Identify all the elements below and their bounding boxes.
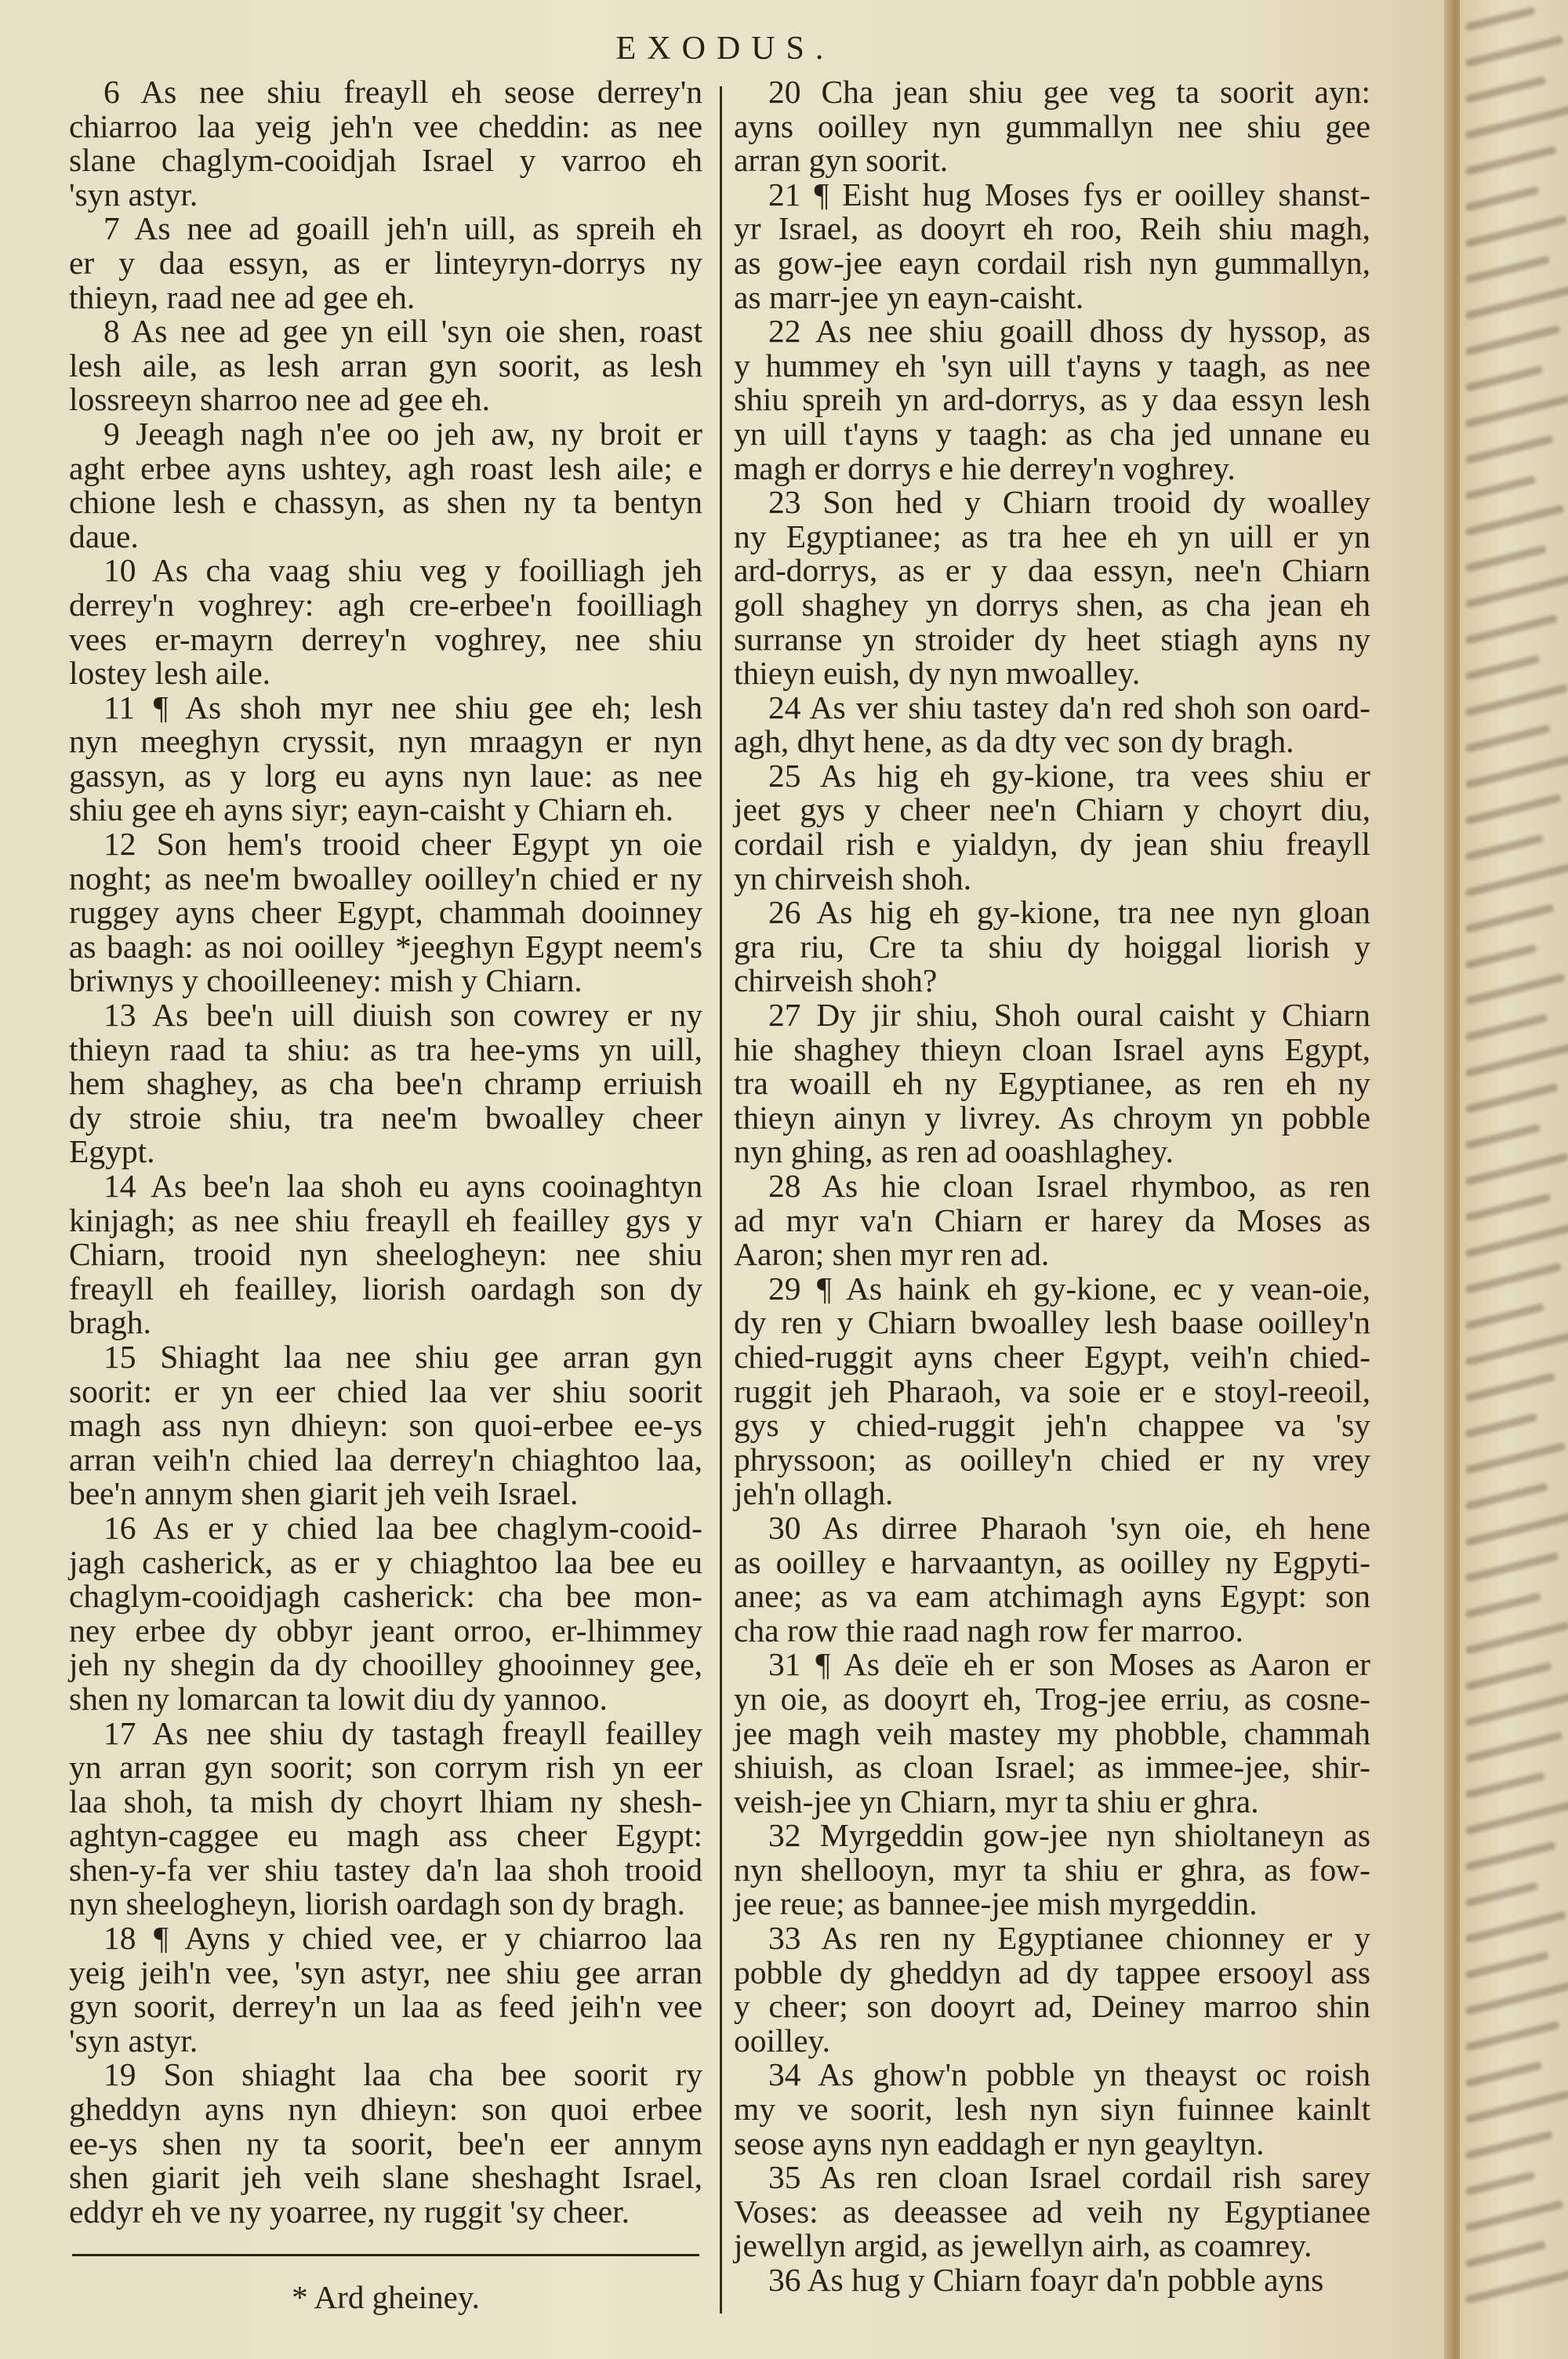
verse-line: shiu spreih yn ard-dorrys, as y daa essy… <box>734 383 1370 417</box>
facing-page-text-smudge <box>1465 725 1551 753</box>
verse-30: 30 As dirree Pharaoh 'syn oie, eh heneas… <box>734 1511 1370 1648</box>
facing-page-text-smudge <box>1465 1124 1541 1150</box>
facing-page-text-smudge <box>1465 504 1565 536</box>
verse-line: 11 ¶ As shoh myr nee shiu gee eh; lesh <box>69 691 702 725</box>
verse-line: ard-dorrys, as er y daa essyn, nee'n Chi… <box>734 554 1370 588</box>
verse-line: nyn ghing, as ren ad ooashlaghey. <box>734 1135 1370 1169</box>
verse-line: shen-y-fa ver shiu tastey da'n laa shoh … <box>69 1853 702 1888</box>
facing-page-text-smudge <box>1465 944 1537 969</box>
verse-22: 22 As nee shiu goaill dhoss dy hyssop, a… <box>734 314 1370 485</box>
facing-page-text-smudge <box>1465 614 1558 644</box>
verse-line: Aaron; shen myr ren ad. <box>734 1238 1370 1272</box>
verse-line: noght; as nee'm bwoalley ooilley'n chied… <box>69 862 702 896</box>
verse-line: 15 Shiaght laa nee shiu gee arran gyn <box>69 1340 702 1375</box>
facing-page-text-smudge <box>1465 1552 1559 1583</box>
verse-line: shiu gee eh ayns siyr; eayn-caisht y Chi… <box>69 793 702 827</box>
verse-24: 24 As ver shiu tastey da'n red shoh son … <box>734 691 1370 759</box>
footnote-rule <box>72 2254 699 2256</box>
verse-8: 8 As nee ad gee yn eill 'syn oie shen, r… <box>69 314 702 417</box>
facing-page-text-smudge <box>1465 6 1536 31</box>
verse-31: 31 ¶ As deïe eh er son Moses as Aaron er… <box>734 1648 1370 1819</box>
verse-line: soorit: er yn eer chied laa ver shiu soo… <box>69 1375 702 1409</box>
facing-page-text-smudge <box>1465 1413 1538 1438</box>
facing-page-text-smudge <box>1465 1732 1563 1763</box>
verse-line: gassyn, as y lorg eu ayns nyn laue: as n… <box>69 759 702 794</box>
verse-line: 26 As hig eh gy-kione, tra nee nyn gloan <box>734 896 1370 930</box>
verse-35: 35 As ren cloan Israel cordail rish sare… <box>734 2161 1370 2263</box>
verse-13: 13 As bee'n uill diuish son cowrey er ny… <box>69 998 702 1169</box>
verse-line: chione lesh e chassyn, as shen ny ta ben… <box>69 485 702 520</box>
verse-23: 23 Son hed y Chiarn trooid dy woalleyny … <box>734 485 1370 691</box>
facing-page-text-smudge <box>1465 256 1550 284</box>
verse-19: 19 Son shiaght laa cha bee soorit ryghed… <box>69 2058 702 2229</box>
verse-line: jee magh veih mastey my phobble, chammah <box>734 1717 1370 1751</box>
verse-line: 34 As ghow'n pobble yn theayst oc roish <box>734 2058 1370 2092</box>
verse-line: lesh aile, as lesh arran gyn soorit, as … <box>69 349 702 383</box>
verse-line: jeh ny shegin da dy chooilley ghooinney … <box>69 1648 702 1682</box>
verse-line: as baagh: as noi ooilley *jeeghyn Egypt … <box>69 930 702 965</box>
verse-line: 19 Son shiaght laa cha bee soorit ry <box>69 2058 702 2092</box>
verse-line: chaglym-cooidjagh casherick: cha bee mon… <box>69 1579 702 1614</box>
verse-line: ruggey ayns cheer Egypt, chammah dooinne… <box>69 896 702 930</box>
verse-line: kinjagh; as nee shiu freayll eh feailley… <box>69 1204 702 1238</box>
verse-line: chiarroo laa yeig jeh'n vee cheddin: as … <box>69 110 702 144</box>
verse-line: nyn meeghyn cryssit, nyn mraagyn er nyn <box>69 725 702 759</box>
facing-page-text-smudge <box>1465 903 1555 933</box>
verse-line: nyn sheelogheyn, liorish oardagh son dy … <box>69 1887 702 1921</box>
verse-line: nyn shellooyn, myr ta shiu er ghra, as f… <box>734 1853 1370 1888</box>
verse-line: as marr-jee yn eayn-caisht. <box>734 281 1370 315</box>
verse-line: jewellyn argid, as jewellyn airh, as coa… <box>734 2229 1370 2263</box>
facing-page-text-smudge <box>1465 1222 1568 1258</box>
verse-line: aght erbee ayns ushtey, agh roast lesh a… <box>69 452 702 486</box>
verse-line: 10 As cha vaag shiu veg y fooilliagh jeh <box>69 554 702 588</box>
verse-line: 27 Dy jir shiu, Shoh oural caisht y Chia… <box>734 998 1370 1033</box>
verse-line: y cheer; son dooyrt ad, Deiney marroo sh… <box>734 1990 1370 2024</box>
verse-line: y hummey eh 'syn uill t'ayns y taagh, as… <box>734 349 1370 383</box>
verse-line: magh er dorrys e hie derrey'n voghrey. <box>734 452 1370 486</box>
verse-line: thieyn euish, dy nyn mwoalley. <box>734 656 1370 691</box>
verse-line: 14 As bee'n laa shoh eu ayns cooinaghtyn <box>69 1169 702 1204</box>
facing-page-text-smudge <box>1465 1193 1552 1222</box>
verse-line: 22 As nee shiu goaill dhoss dy hyssop, a… <box>734 314 1370 349</box>
verse-line: hie shaghey thieyn cloan Israel ayns Egy… <box>734 1033 1370 1067</box>
verse-line: anee; as va eam atchimagh ayns Egypt: so… <box>734 1579 1370 1614</box>
verse-line: 12 Son hem's trooid cheer Egypt yn oie <box>69 827 702 862</box>
facing-page-text-smudge <box>1465 76 1546 104</box>
facing-page-text-smudge <box>1465 1083 1559 1114</box>
verse-25: 25 As hig eh gy-kione, tra vees shiu erj… <box>734 759 1370 896</box>
verse-line: ayns ooilley nyn gummallyn nee shiu gee <box>734 110 1370 144</box>
facing-page-text-smudge <box>1465 365 1543 392</box>
verse-11: 11 ¶ As shoh myr nee shiu gee eh; leshny… <box>69 691 702 827</box>
verse-line: shen ny lomarcan ta lowit diu dy yannoo. <box>69 1682 702 1717</box>
left-column: 6 As nee shiu freayll eh seose derrey'nc… <box>69 75 702 2229</box>
facing-page-text-smudge <box>1465 285 1568 320</box>
facing-page-text-smudge <box>1465 1263 1563 1294</box>
verse-line: 8 As nee ad gee yn eill 'syn oie shen, r… <box>69 314 702 349</box>
verse-line: 18 ¶ Ayns y chied vee, er y chiarroo laa <box>69 1921 702 1956</box>
verse-line: 'syn astyr. <box>69 2024 702 2059</box>
verse-17: 17 As nee shiu dy tastagh freayll feaill… <box>69 1717 702 1922</box>
facing-page-text-smudge <box>1465 1881 1539 1906</box>
facing-page-text-smudge <box>1465 834 1544 861</box>
facing-page-text-smudge <box>1465 655 1541 681</box>
verse-line: ruggit jeh Pharaoh, va soie er e stoyl-r… <box>734 1375 1370 1409</box>
verse-line: er y daa essyn, as er linteyryn-dorrys n… <box>69 246 702 281</box>
verse-line: 20 Cha jean shiu gee veg ta soorit ayn: <box>734 75 1370 110</box>
verse-line: 13 As bee'n uill diuish son cowrey er ny <box>69 998 702 1033</box>
verse-line: 33 As ren ny Egyptianee chionney er y <box>734 1921 1370 1956</box>
verse-line: yn oie, as dooyrt eh, Trog-jee erriu, as… <box>734 1682 1370 1717</box>
verse-line: chied-ruggit ayns cheer Egypt, veih'n ch… <box>734 1340 1370 1375</box>
verse-line: arran veih'n chied laa derrey'n chiaghto… <box>69 1443 702 1478</box>
facing-page-text-smudge <box>1465 545 1547 572</box>
verse-line: bee'n annym shen giarit jeh veih Israel. <box>69 1477 702 1511</box>
verse-line: jeh'n ollagh. <box>734 1477 1370 1511</box>
facing-page-text-smudge <box>1465 1372 1555 1402</box>
verse-32: 32 Myrgeddin gow-jee nyn shioltaneyn asn… <box>734 1819 1370 1921</box>
verse-14: 14 As bee'n laa shoh eu ayns cooinaghtyn… <box>69 1169 702 1340</box>
facing-page-text-smudge <box>1465 973 1566 1005</box>
verse-line: gra riu, Cre ta shiu dy hoiggal liorish … <box>734 930 1370 965</box>
verse-line: ad myr va'n Chiarn er harey da Moses as <box>734 1204 1370 1238</box>
verse-line: yn chirveish shoh. <box>734 862 1370 896</box>
facing-page-text-smudge <box>1465 1772 1545 1799</box>
verse-line: dy ren y Chiarn bwoalley lesh baase ooil… <box>734 1306 1370 1340</box>
verse-line: yn uill t'ayns y taagh: as cha jed unnan… <box>734 417 1370 452</box>
verse-line: freayll eh feailley, liorish oardagh son… <box>69 1272 702 1307</box>
verse-line: lossreeyn sharroo nee ad gee eh. <box>69 383 702 417</box>
verse-line: 7 As nee ad goaill jeh'n uill, as spreih… <box>69 212 702 246</box>
verse-line: 17 As nee shiu dy tastagh freayll feaill… <box>69 1717 702 1751</box>
facing-page-text-smudge <box>1465 2061 1542 2088</box>
facing-page-text-smudge <box>1465 1511 1568 1547</box>
facing-page-text-smudge <box>1465 574 1568 609</box>
facing-page-text-smudge <box>1465 754 1568 789</box>
verse-line: yn arran gyn soorit; son corrym rish yn … <box>69 1750 702 1785</box>
verse-line: jeet gys y cheer nee'n Chiarn y choyrt d… <box>734 793 1370 827</box>
verse-line: gys y chied-ruggit jeh'n chappee va 'sy <box>734 1408 1370 1443</box>
verse-line: chirveish shoh? <box>734 964 1370 998</box>
verse-12: 12 Son hem's trooid cheer Egypt yn oieno… <box>69 827 702 998</box>
facing-page-text-smudge <box>1465 1014 1548 1041</box>
verse-line: thieyn raad ta shiu: as tra hee-yms yn u… <box>69 1033 702 1067</box>
facing-page-text-smudge <box>1465 2131 1553 2160</box>
verse-line: my ve soorit, lesh nyn siyn fuinnee kain… <box>734 2092 1370 2127</box>
facing-page-text-smudge <box>1465 1332 1568 1366</box>
facing-page-text-smudge <box>1465 2021 1560 2052</box>
verse-line: 21 ¶ Eisht hug Moses fys er ooilley shan… <box>734 178 1370 213</box>
verse-27: 27 Dy jir shiu, Shoh oural caisht y Chia… <box>734 998 1370 1169</box>
verse-line: daue. <box>69 520 702 554</box>
verse-21: 21 ¶ Eisht hug Moses fys er ooilley shan… <box>734 178 1370 314</box>
verse-line: bragh. <box>69 1306 702 1340</box>
verse-line: 28 As hie cloan Israel rhymboo, as ren <box>734 1169 1370 1204</box>
verse-line: ooilley. <box>734 2024 1370 2059</box>
verse-line: phryssoon; as ooilley'n chied er ny vrey <box>734 1443 1370 1478</box>
footnote: * Ard gheiney. <box>69 2278 702 2316</box>
verse-line: shen giarit jeh veih slane sheshaght Isr… <box>69 2161 702 2195</box>
verse-line: derrey'n voghrey: agh cre-erbee'n fooill… <box>69 588 702 623</box>
facing-page-text-smudge <box>1465 1153 1568 1186</box>
verse-line: surranse yn stroider dy heet stiagh ayns… <box>734 623 1370 657</box>
verse-line: 31 ¶ As deïe eh er son Moses as Aaron er <box>734 1648 1370 1682</box>
column-divider <box>720 86 722 2314</box>
verse-line: 36 As hug y Chiarn foayr da'n pobble ayn… <box>734 2263 1370 2298</box>
verse-36: 36 As hug y Chiarn foayr da'n pobble ayn… <box>734 2263 1370 2298</box>
verse-line: slane chaglym-cooidjah Israel y varroo e… <box>69 144 702 178</box>
verse-line: briwnys y chooilleeney: mish y Chiarn. <box>69 964 702 998</box>
book-page: EXODUS. 6 As nee shiu freayll eh seose d… <box>0 0 1450 2359</box>
facing-page-text-smudge <box>1465 794 1562 825</box>
facing-page-text-smudge <box>1465 2090 1568 2124</box>
verse-9: 9 Jeeagh nagh n'ee oo jeh aw, ny broit e… <box>69 417 702 554</box>
facing-page-text-smudge <box>1465 1592 1542 1618</box>
facing-page-text-smudge <box>1465 1951 1549 1979</box>
facing-page-text-smudge <box>1465 435 1554 464</box>
facing-page-text-smudge <box>1465 1662 1552 1691</box>
verse-line: magh ass nyn dhieyn: son quoi-erbee ee-y… <box>69 1408 702 1443</box>
verse-line: as ooilley e harvaantyn, as ooilley ny E… <box>734 1546 1370 1580</box>
facing-page-text-smudge <box>1465 394 1568 428</box>
verse-10: 10 As cha vaag shiu veg y fooilliagh jeh… <box>69 554 702 690</box>
verse-line: Voses: as deeassee ad veih ny Egyptianee <box>734 2195 1370 2230</box>
verse-line: Chiarn, trooid nyn sheelogheyn: nee shiu <box>69 1238 702 1272</box>
verse-line: 32 Myrgeddin gow-jee nyn shioltaneyn as <box>734 1819 1370 1853</box>
verse-line: gheddyn ayns nyn dhieyn: son quoi erbee <box>69 2092 702 2127</box>
verse-line: ee-ys shen ny ta soorit, bee'n eer annym <box>69 2127 702 2161</box>
facing-page-text-smudge <box>1465 1043 1568 1078</box>
facing-page-text-smudge <box>1465 1442 1566 1474</box>
facing-page-edge <box>1460 0 1568 2359</box>
verse-28: 28 As hie cloan Israel rhymboo, as renad… <box>734 1169 1370 1272</box>
verse-6: 6 As nee shiu freayll eh seose derrey'nc… <box>69 75 702 212</box>
verse-line: eddyr eh ve ny yoarree, ny ruggit 'sy ch… <box>69 2195 702 2230</box>
verse-line: seose ayns nyn eaddagh er nyn geayltyn. <box>734 2127 1370 2161</box>
facing-page-text-smudge <box>1465 35 1564 67</box>
facing-page-text-smudge <box>1465 2270 1568 2304</box>
verse-line: dy stroie shiu, tra nee'm bwoalley cheer <box>69 1101 702 1136</box>
facing-page-text-smudge <box>1465 1482 1548 1510</box>
verse-line: 29 ¶ As haink eh gy-kione, ec y vean-oie… <box>734 1272 1370 1307</box>
verse-line: gyn soorit, derrey'n un laa as feed jeih… <box>69 1990 702 2024</box>
verse-7: 7 As nee ad goaill jeh'n uill, as spreih… <box>69 212 702 314</box>
verse-line: aghtyn-caggee eu magh ass cheer Egypt: <box>69 1819 702 1853</box>
verse-line: hem shaghey, as cha bee'n chramp erriuis… <box>69 1067 702 1101</box>
facing-page-text-smudge <box>1465 2200 1564 2231</box>
verse-line: 24 As ver shiu tastey da'n red shoh son … <box>734 691 1370 725</box>
facing-page-text-smudge <box>1465 1691 1568 1727</box>
facing-page-text-smudge <box>1465 105 1568 140</box>
verse-line: veish-jee yn Chiarn, myr ta shiu er ghra… <box>734 1785 1370 1819</box>
verse-line: tra woaill eh ny Egyptianee, as ren eh n… <box>734 1067 1370 1101</box>
verse-line: yeig jeih'n vee, 'syn astyr, nee shiu ge… <box>69 1956 702 1990</box>
verse-33: 33 As ren ny Egyptianee chionney er ypob… <box>734 1921 1370 2058</box>
verse-line: jagh casherick, as er y chiaghtoo laa be… <box>69 1546 702 1580</box>
facing-page-text-smudge <box>1465 1841 1556 1871</box>
verse-line: vees er-mayrn derrey'n voghrey, nee shiu <box>69 623 702 657</box>
verse-34: 34 As ghow'n pobble yn theayst oc roishm… <box>734 2058 1370 2161</box>
facing-page-text-smudge <box>1465 1980 1568 2016</box>
verse-line: cordail rish e yialdyn, dy jean shiu fre… <box>734 827 1370 862</box>
verse-line: arran gyn soorit. <box>734 144 1370 178</box>
verse-line: 23 Son hed y Chiarn trooid dy woalley <box>734 485 1370 520</box>
right-column: 20 Cha jean shiu gee veg ta soorit ayn:a… <box>734 75 1370 2298</box>
verse-line: jee reue; as bannee-jee mish myrgeddin. <box>734 1887 1370 1921</box>
facing-page-text-smudge <box>1465 325 1561 355</box>
verse-29: 29 ¶ As haink eh gy-kione, ec y vean-oie… <box>734 1272 1370 1511</box>
verse-16: 16 As er y chied laa bee chaglym-cooid-j… <box>69 1511 702 1717</box>
verse-line: thieyn ainyn y livrey. As chroym yn pobb… <box>734 1101 1370 1136</box>
verse-line: 35 As ren cloan Israel cordail rish sare… <box>734 2161 1370 2195</box>
facing-page-text-smudge <box>1465 1801 1568 1835</box>
facing-page-text-smudge <box>1465 1621 1568 1654</box>
verse-15: 15 Shiaght laa nee shiu gee arran gynsoo… <box>69 1340 702 1511</box>
verse-line: cha row thie raad nagh row fer marroo. <box>734 1614 1370 1648</box>
verse-18: 18 ¶ Ayns y chied vee, er y chiarroo laa… <box>69 1921 702 2058</box>
verse-line: laa shoh, ta mish dy choyrt lhiam ny she… <box>69 1785 702 1819</box>
verse-line: Egypt. <box>69 1135 702 1169</box>
facing-page-text-smudge <box>1465 684 1568 717</box>
facing-page-text-smudge <box>1465 2241 1546 2268</box>
facing-page-text-smudge <box>1465 475 1537 500</box>
verse-line: 30 As dirree Pharaoh 'syn oie, eh hene <box>734 1511 1370 1546</box>
verse-line: goll shaghey yn dorrys shen, as cha jean… <box>734 588 1370 623</box>
facing-page-text-smudge <box>1465 863 1568 897</box>
verse-line: yr Israel, as dooyrt eh roo, Reih shiu m… <box>734 212 1370 246</box>
verse-line: agh, dhyt hene, as da dty vec son dy bra… <box>734 725 1370 759</box>
verse-26: 26 As hig eh gy-kione, tra nee nyn gloan… <box>734 896 1370 998</box>
verse-line: 6 As nee shiu freayll eh seose derrey'n <box>69 75 702 110</box>
verse-line: ny Egyptianee; as tra hee eh yn uill er … <box>734 520 1370 554</box>
facing-page-text-smudge <box>1465 2171 1536 2195</box>
verse-line: 25 As hig eh gy-kione, tra vees shiu er <box>734 759 1370 794</box>
verse-line: 9 Jeeagh nagh n'ee oo jeh aw, ny broit e… <box>69 417 702 452</box>
facing-page-text-smudge <box>1465 1910 1567 1943</box>
verse-line: 16 As er y chied laa bee chaglym-cooid- <box>69 1511 702 1546</box>
verse-line: lostey lesh aile. <box>69 656 702 691</box>
facing-page-text-smudge <box>1465 186 1540 212</box>
verse-line: shiuish, as cloan Israel; as immee-jee, … <box>734 1750 1370 1785</box>
verse-line: 'syn astyr. <box>69 178 702 213</box>
facing-page-text-smudge <box>1465 215 1567 248</box>
facing-page-text-smudge <box>1465 146 1557 176</box>
verse-line: pobble dy gheddyn ad dy tappee ersooyl a… <box>734 1956 1370 1990</box>
running-head: EXODUS. <box>0 30 1450 67</box>
verse-line: ney erbee dy obbyr jeant orroo, er-lhimm… <box>69 1614 702 1648</box>
verse-20: 20 Cha jean shiu gee veg ta soorit ayn:a… <box>734 75 1370 178</box>
facing-page-text-smudge <box>1465 1303 1544 1329</box>
verse-line: as gow-jee eayn cordail rish nyn gummall… <box>734 246 1370 281</box>
verse-line: thieyn, raad nee ad gee eh. <box>69 281 702 315</box>
